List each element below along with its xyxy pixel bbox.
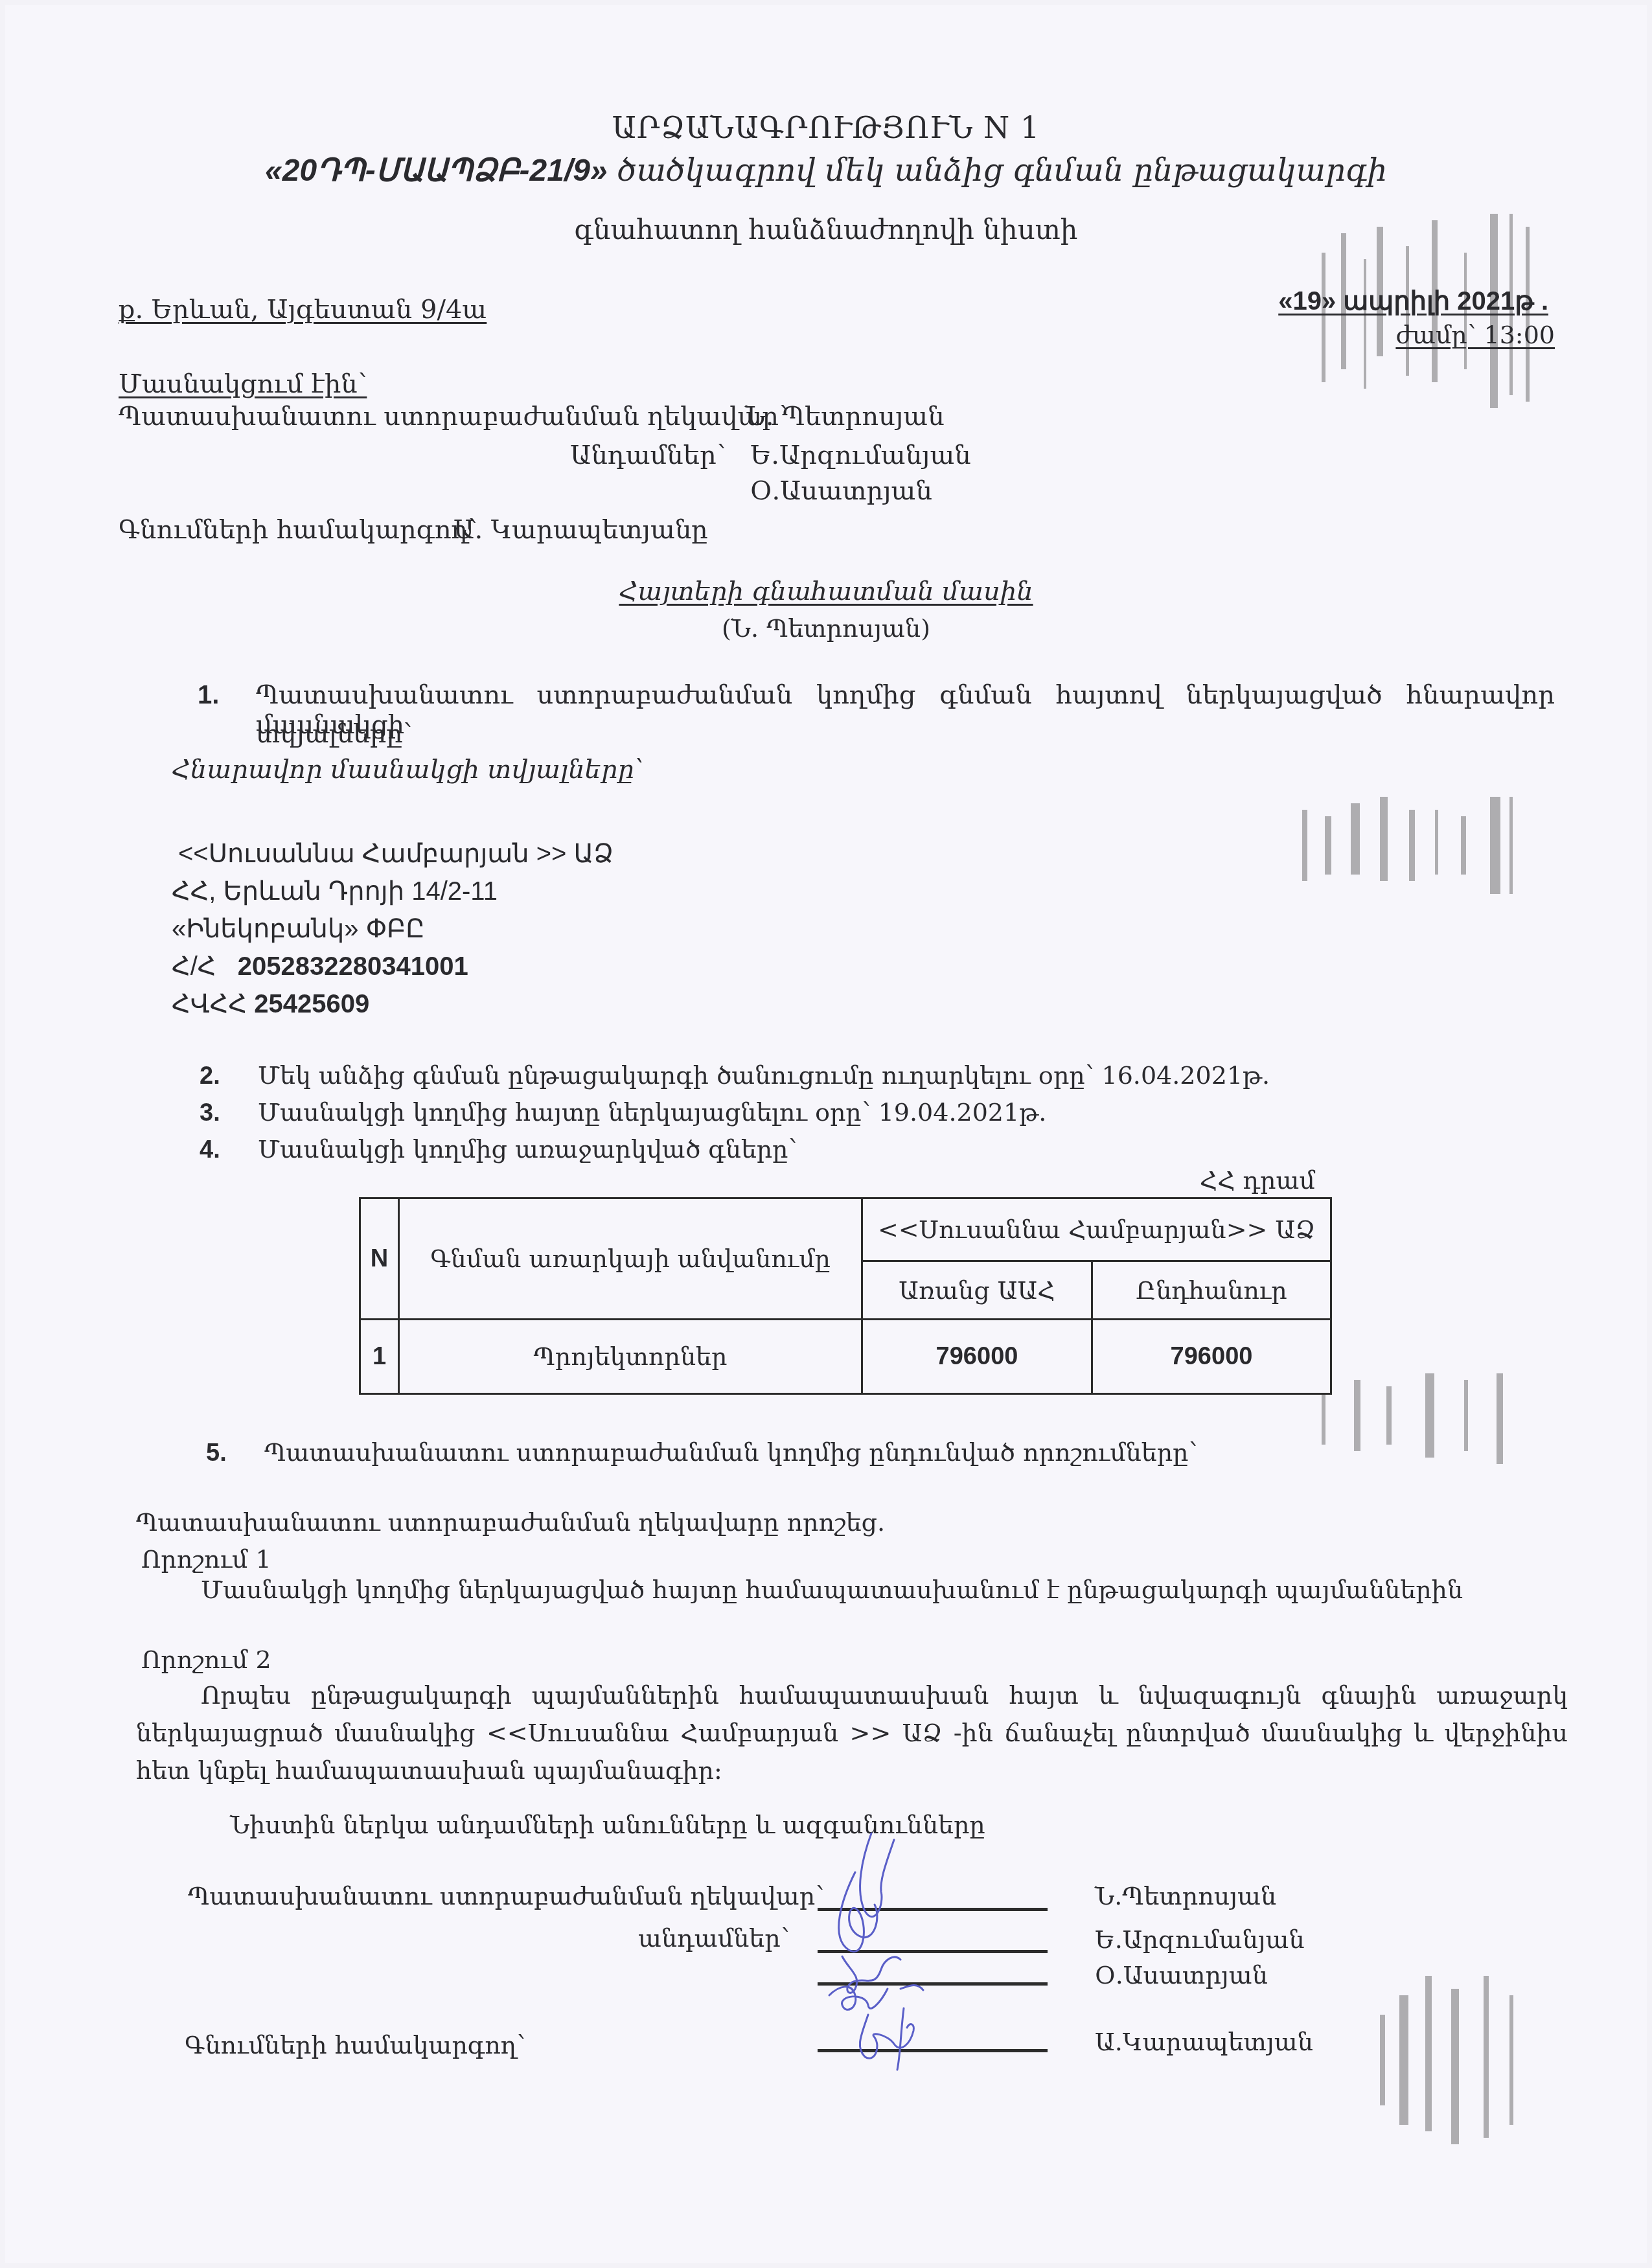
- agenda-item-2: 2.Մեկ անձից գնման ընթացակարգի ծանուցումը…: [200, 1061, 1270, 1090]
- scan-artifact-mid: [1296, 797, 1542, 894]
- price-table: N Գնման առարկայի անվանումը <<Սուսաննա Հա…: [359, 1197, 1332, 1395]
- cell-n: 1: [360, 1320, 399, 1394]
- procurement-code: «20ԴՊ-ՄԱԱՊՁԲ-21/9»: [265, 154, 608, 188]
- document-subtitle: «20ԴՊ-ՄԱԱՊՁԲ-21/9» ծածկագրով մեկ անձից գ…: [0, 152, 1652, 189]
- decision-2-title: Որոշում 2: [141, 1645, 271, 1674]
- meeting-location: ք. Երևան, Այգեստան 9/4ա: [119, 295, 487, 325]
- signature-line-head: [818, 1908, 1048, 1911]
- head-label: Պատասխանատու ստորաբաժանման ղեկավար՝: [119, 402, 788, 431]
- handwritten-signatures-icon: [803, 1820, 959, 2073]
- header-item-name: Գնման առարկայի անվանումը: [399, 1198, 862, 1320]
- sig-head-name: Ն.Պետրոսյան: [1095, 1882, 1276, 1910]
- decision-1-title: Որոշում 1: [141, 1545, 271, 1574]
- agenda-item-3: 3.Մասնակցի կողմից հայտը ներկայացնելու օր…: [200, 1098, 1046, 1127]
- cell-without-vat: 796000: [862, 1320, 1092, 1394]
- table-header-row: N Գնման առարկայի անվանումը <<Սուսաննա Հա…: [360, 1198, 1331, 1261]
- member-name: Ե.Արզումանյան: [750, 441, 971, 470]
- head-name: Ն. Պետրոսյան: [745, 402, 945, 431]
- agenda-item-5: 5.Պատասխանատու ստորաբաժանման կողմից ընդո…: [206, 1438, 1197, 1467]
- participant-data-label: Հնարավոր մասնակցի տվյալները՝: [172, 755, 643, 785]
- header-without-vat: Առանց ԱԱՀ: [862, 1261, 1092, 1320]
- sig-coordinator-name: Ա.Կարապետյան: [1095, 2028, 1313, 2056]
- cell-item-name: Պրոյեկտորներ: [399, 1320, 862, 1394]
- header-supplier: <<Սուսաննա Համբարյան>> ԱՁ: [862, 1198, 1331, 1261]
- document-title: ԱՐՁԱՆԱԳՐՈՒԹՅՈՒՆ N 1: [0, 110, 1652, 145]
- section-title: Հայտերի գնահատման մասին: [0, 577, 1652, 606]
- member-name: Օ.Ասատրյան: [750, 476, 932, 506]
- subtitle-text: ծածկագրով մեկ անձից գնման ընթացակարգի: [608, 152, 1387, 189]
- sig-member-2-name: Օ.Ասատրյան: [1095, 1961, 1268, 1989]
- signature-line-coordinator: [818, 2049, 1048, 2052]
- company-tin: ՀՎՀՀ 25425609: [172, 989, 369, 1019]
- decision-1-text: Մասնակցի կողմից ներկայացված հայտը համապա…: [201, 1575, 1463, 1604]
- scan-artifact-bottom: [1373, 1976, 1535, 2144]
- table-row: 1 Պրոյեկտորներ 796000 796000: [360, 1320, 1331, 1394]
- header-total: Ընդհանուր: [1092, 1261, 1331, 1320]
- coordinator-label: Գնումների համակարգող՝: [119, 515, 477, 545]
- signatures-intro: Նիստին ներկա անդամների անունները և ազգան…: [230, 1811, 985, 1839]
- signature-line-member-1: [818, 1950, 1048, 1953]
- participants-heading: Մասնակցում էին՝: [119, 369, 367, 399]
- currency-note: ՀՀ դրամ: [1200, 1166, 1315, 1195]
- company-address: ՀՀ, Երևան Դրոյի 14/2-11: [172, 876, 498, 906]
- company-bank: «Ինեկոբանկ» ՓԲԸ: [172, 914, 425, 944]
- sig-head-label: Պատասխանատու ստորաբաժանման ղեկավար՝: [188, 1882, 824, 1910]
- signature-line-member-2: [818, 1982, 1048, 1986]
- cell-total: 796000: [1092, 1320, 1331, 1394]
- scan-artifact-lower: [1315, 1373, 1535, 1464]
- agenda-item-1-cont: տվյալները՝: [256, 719, 412, 749]
- sig-members-label: անդամներ՝: [638, 1924, 790, 1953]
- section-speaker: (Ն. Պետրոսյան): [0, 614, 1652, 643]
- decision-2-text: Որպես ընթացակարգի պայմաններին համապատասխ…: [136, 1677, 1568, 1789]
- sig-coordinator-label: Գնումների համակարգող՝: [185, 2031, 525, 2059]
- document-subtitle-2: գնահատող հանձնաժողովի նիստի: [0, 214, 1652, 246]
- meeting-date: «19» ապրիլի 2021թ .: [1278, 286, 1548, 316]
- header-n: N: [360, 1198, 399, 1320]
- decisions-intro: Պատասխանատու ստորաբաժանման ղեկավարը որոշ…: [136, 1508, 885, 1537]
- members-label: Անդամներ՝: [570, 441, 726, 470]
- sig-member-1-name: Ե.Արզումանյան: [1095, 1925, 1305, 1954]
- company-name: <<Սուսաննա Համբարյան >> ԱՁ: [178, 839, 614, 869]
- coordinator-name: Ա. Կարապետյանը: [453, 515, 708, 545]
- agenda-item-4: 4.Մասնակցի կողմից առաջարկված գները՝: [200, 1135, 797, 1164]
- company-account: Հ/Հ 2052832280341001: [172, 952, 468, 981]
- meeting-time: ժամը՝ 13:00: [1395, 321, 1555, 349]
